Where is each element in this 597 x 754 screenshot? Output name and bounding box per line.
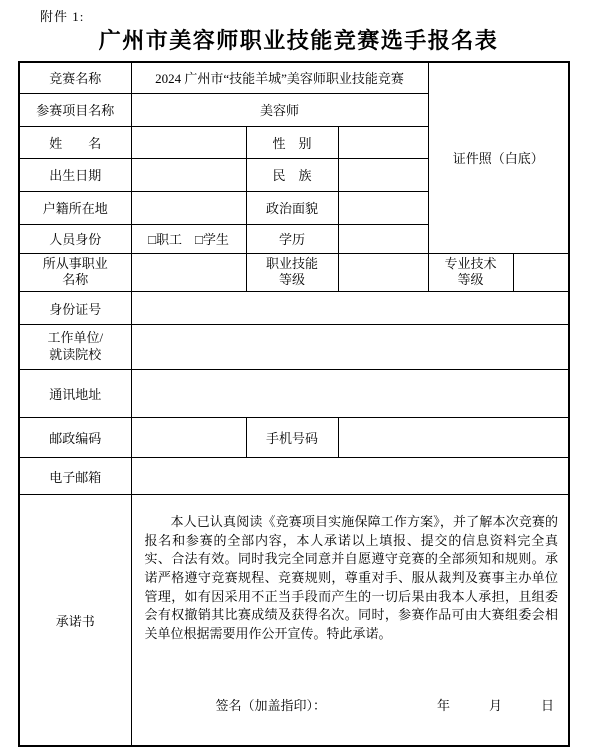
occupation-name-label: 所从事职业 名称 <box>19 253 131 292</box>
professional-tech-level-label: 专业技术 等级 <box>428 253 513 292</box>
ethnicity-field[interactable] <box>338 158 428 191</box>
mobile-number-label: 手机号码 <box>246 418 338 458</box>
row-commitment: 承诺书 本人已认真阅读《竞赛项目实施保障工作方案》，并了解本次竞赛的报名和参赛的… <box>19 495 569 746</box>
political-status-label: 政治面貌 <box>246 191 338 224</box>
education-field[interactable] <box>338 224 428 253</box>
person-identity-label: 人员身份 <box>19 224 131 253</box>
mobile-number-field[interactable] <box>338 418 569 458</box>
row-occupation-levels: 所从事职业 名称 职业技能 等级 专业技术 等级 <box>19 253 569 292</box>
birth-date-label: 出生日期 <box>19 158 131 191</box>
gender-label: 性 别 <box>246 126 338 158</box>
signature-line: 签名（加盖指印）： 年 月 日 <box>132 695 569 714</box>
work-unit-label: 工作单位/ 就读院校 <box>19 325 131 370</box>
political-status-field[interactable] <box>338 191 428 224</box>
postal-code-label: 邮政编码 <box>19 418 131 458</box>
photo-placeholder-label: 证件照（白底） <box>453 151 544 166</box>
ethnicity-label: 民 族 <box>246 158 338 191</box>
household-location-label: 户籍所在地 <box>19 191 131 224</box>
commitment-cell: 本人已认真阅读《竞赛项目实施保障工作方案》，并了解本次竞赛的报名和参赛的全部内容… <box>131 495 569 746</box>
vocational-skill-level-field[interactable] <box>338 253 428 292</box>
work-unit-field[interactable] <box>131 325 569 370</box>
birth-date-field[interactable] <box>131 158 246 191</box>
photo-cell[interactable]: 证件照（白底） <box>428 62 569 253</box>
id-number-field[interactable] <box>131 292 569 325</box>
event-name-label: 参赛项目名称 <box>19 93 131 126</box>
row-competition-name: 竞赛名称 2024 广州市“技能羊城”美容师职业技能竞赛 证件照（白底） <box>19 62 569 93</box>
row-work-unit: 工作单位/ 就读院校 <box>19 325 569 370</box>
date-label: 年 月 日 <box>437 695 554 714</box>
gender-field[interactable] <box>338 126 428 158</box>
event-name-value: 美容师 <box>131 93 428 126</box>
household-location-field[interactable] <box>131 191 246 224</box>
name-field[interactable] <box>131 126 246 158</box>
commitment-label: 承诺书 <box>19 495 131 746</box>
vocational-skill-level-label: 职业技能 等级 <box>246 253 338 292</box>
page-title: 广州市美容师职业技能竞赛选手报名表 <box>0 24 597 55</box>
professional-tech-level-field[interactable] <box>513 253 569 292</box>
row-postal-mobile: 邮政编码 手机号码 <box>19 418 569 458</box>
registration-form-table: 竞赛名称 2024 广州市“技能羊城”美容师职业技能竞赛 证件照（白底） 参赛项… <box>18 61 570 747</box>
occupation-name-field[interactable] <box>131 253 246 292</box>
attachment-label: 附件 1: <box>40 6 84 25</box>
commitment-content: 本人已认真阅读《竞赛项目实施保障工作方案》，并了解本次竞赛的报名和参赛的全部内容… <box>132 495 569 744</box>
row-mailing-address: 通讯地址 <box>19 370 569 418</box>
mailing-address-field[interactable] <box>131 370 569 418</box>
email-label: 电子邮箱 <box>19 458 131 495</box>
postal-code-field[interactable] <box>131 418 246 458</box>
competition-name-value: 2024 广州市“技能羊城”美容师职业技能竞赛 <box>131 62 428 93</box>
row-id-number: 身份证号 <box>19 292 569 325</box>
row-email: 电子邮箱 <box>19 458 569 495</box>
education-label: 学历 <box>246 224 338 253</box>
commitment-text: 本人已认真阅读《竞赛项目实施保障工作方案》，并了解本次竞赛的报名和参赛的全部内容… <box>132 513 569 643</box>
mailing-address-label: 通讯地址 <box>19 370 131 418</box>
competition-name-label: 竞赛名称 <box>19 62 131 93</box>
id-number-label: 身份证号 <box>19 292 131 325</box>
name-label: 姓 名 <box>19 126 131 158</box>
email-field[interactable] <box>131 458 569 495</box>
person-identity-options[interactable]: □职工 □学生 <box>131 224 246 253</box>
signature-label[interactable]: 签名（加盖指印）： <box>216 695 327 714</box>
